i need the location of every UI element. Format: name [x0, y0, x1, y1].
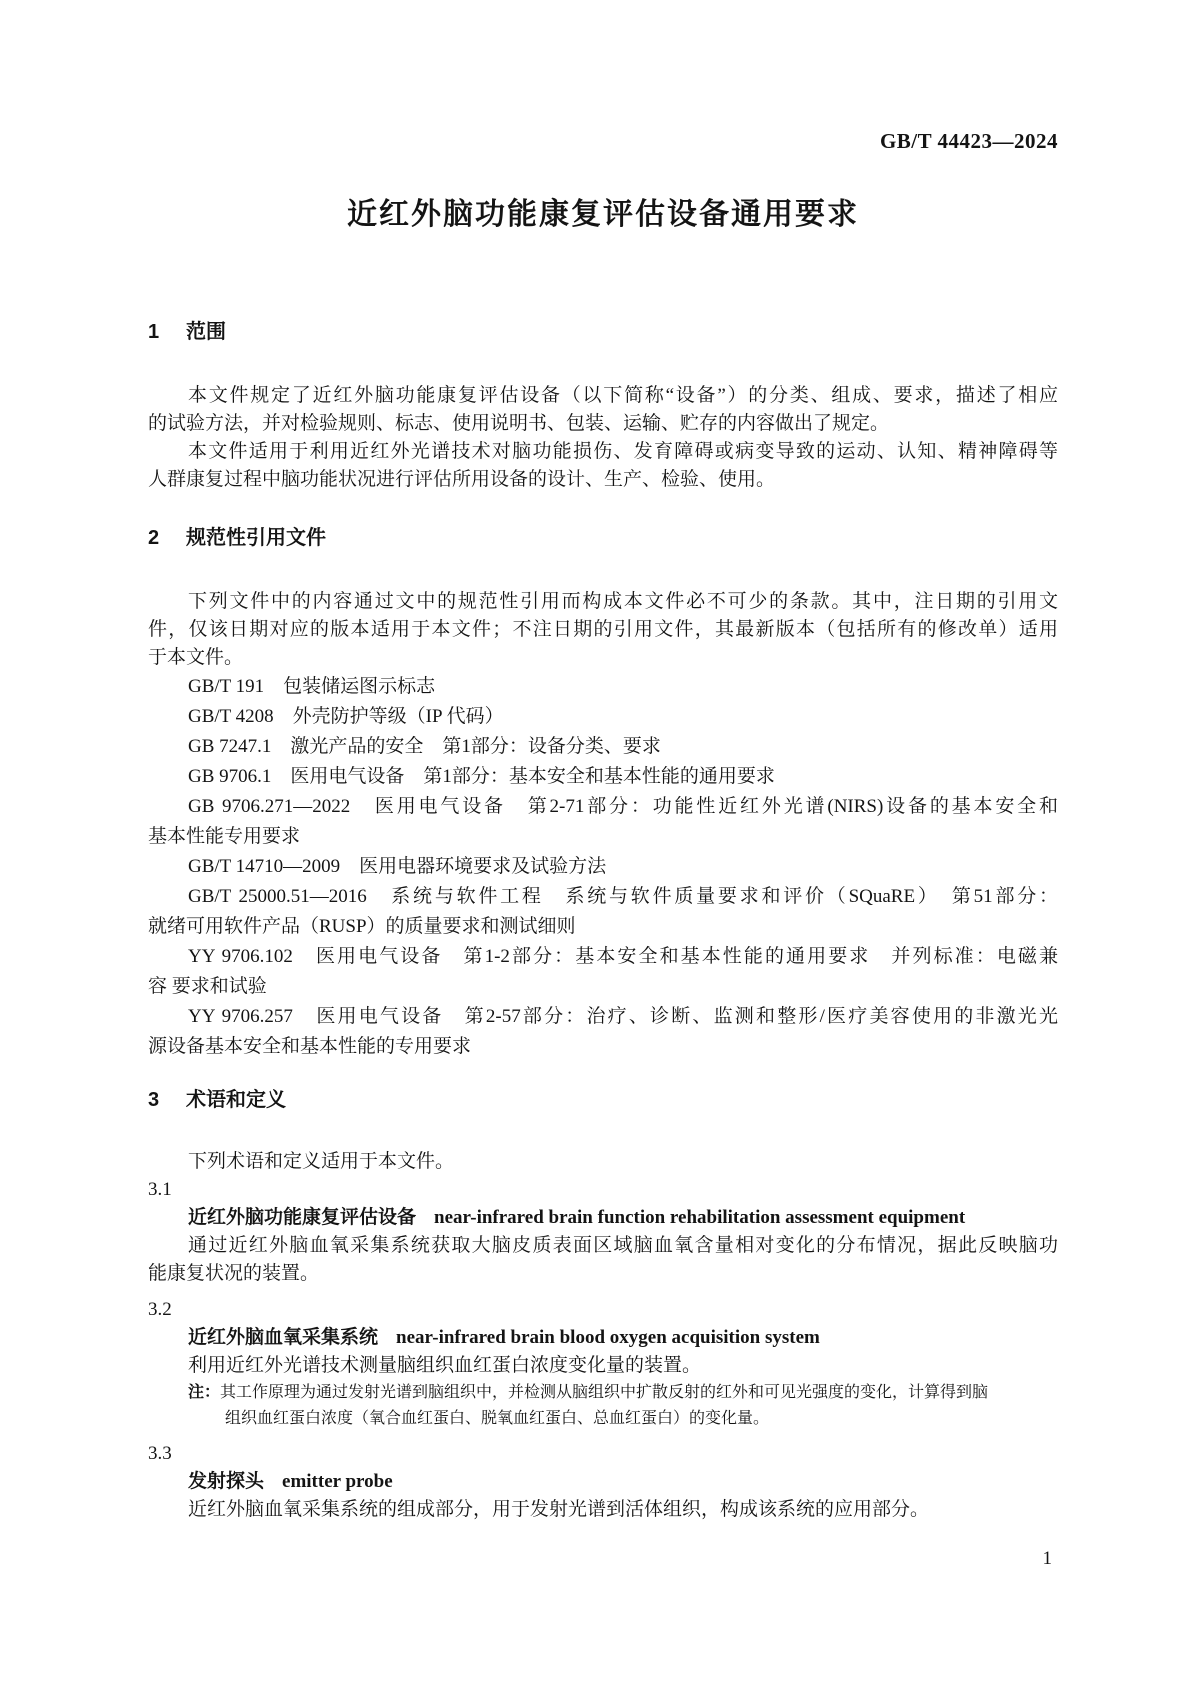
section-heading-scope: 1范围 — [148, 318, 1058, 346]
body-line: 于本文件。 — [148, 644, 1058, 672]
note-text: 其工作原理为通过发射光谱到脑组织中，并检测从脑组织中扩散反射的红外和可见光强度的… — [220, 1384, 988, 1401]
reference-line: 源设备基本安全和基本性能的专用要求 — [148, 1032, 1058, 1062]
section-heading-normative-references: 2规范性引用文件 — [148, 524, 1058, 552]
note-label: 注： — [188, 1384, 220, 1401]
reference-line: GB 9706.271—2022 医用电气设备 第2-71部分：功能性近红外光谱… — [148, 792, 1058, 822]
term-definition-line: 通过近红外脑血氧采集系统获取大脑皮质表面区域脑血氧含量相对变化的分布情况，据此反… — [148, 1232, 1058, 1260]
term-title: 近红外脑功能康复评估设备near-infrared brain function… — [148, 1204, 1058, 1232]
term-title-zh: 发射探头 — [188, 1471, 264, 1492]
document-title: 近红外脑功能康复评估设备通用要求 — [148, 192, 1058, 238]
reference-line: GB 7247.1 激光产品的安全 第1部分：设备分类、要求 — [148, 732, 1058, 762]
references-list: GB/T 191 包装储运图示标志 GB/T 4208 外壳防护等级（IP 代码… — [148, 672, 1058, 1062]
term-definition-line: 近红外脑血氧采集系统的组成部分，用于发射光谱到活体组织，构成该系统的应用部分。 — [148, 1496, 1058, 1524]
body-line: 本文件规定了近红外脑功能康复评估设备（以下简称“设备”）的分类、组成、要求，描述… — [148, 382, 1058, 410]
term-definition-line: 能康复状况的装置。 — [148, 1260, 1058, 1288]
term-definition-line: 利用近红外光谱技术测量脑组织血红蛋白浓度变化量的装置。 — [148, 1352, 1058, 1380]
heading-number: 2 — [148, 524, 186, 552]
term-number: 3.2 — [148, 1296, 1058, 1324]
page-number: 1 — [148, 1546, 1058, 1572]
body-line: 下列文件中的内容通过文中的规范性引用而构成本文件必不可少的条款。其中，注日期的引… — [148, 588, 1058, 616]
reference-line: YY 9706.102 医用电气设备 第1-2部分：基本安全和基本性能的通用要求… — [148, 942, 1058, 972]
doc-number: GB/T 44423—2024 — [148, 128, 1058, 154]
heading-text: 术语和定义 — [186, 1089, 286, 1111]
term-title-zh: 近红外脑功能康复评估设备 — [188, 1207, 416, 1228]
reference-line: GB/T 25000.51—2016 系统与软件工程 系统与软件质量要求和评价（… — [148, 882, 1058, 912]
reference-line: 就绪可用软件产品（RUSP）的质量要求和测试细则 — [148, 912, 1058, 942]
heading-text: 规范性引用文件 — [186, 527, 326, 549]
term-entry-3-1: 3.1 近红外脑功能康复评估设备near-infrared brain func… — [148, 1176, 1058, 1288]
term-entry-3-3: 3.3 发射探头emitter probe 近红外脑血氧采集系统的组成部分，用于… — [148, 1440, 1058, 1524]
heading-number: 3 — [148, 1086, 186, 1114]
body-line: 本文件适用于利用近红外光谱技术对脑功能损伤、发育障碍或病变导致的运动、认知、精神… — [148, 438, 1058, 466]
body-line: 的试验方法，并对检验规则、标志、使用说明书、包装、运输、贮存的内容做出了规定。 — [148, 410, 1058, 438]
term-title-en: near-infrared brain function rehabilitat… — [434, 1207, 965, 1228]
scope-paragraphs: 本文件规定了近红外脑功能康复评估设备（以下简称“设备”）的分类、组成、要求，描述… — [148, 382, 1058, 494]
term-title: 发射探头emitter probe — [148, 1468, 1058, 1496]
reference-line: 容 要求和试验 — [148, 972, 1058, 1002]
term-entry-3-2: 3.2 近红外脑血氧采集系统near-infrared brain blood … — [148, 1296, 1058, 1432]
term-number: 3.1 — [148, 1176, 1058, 1204]
body-line: 件，仅该日期对应的版本适用于本文件；不注日期的引用文件，其最新版本（包括所有的修… — [148, 616, 1058, 644]
document-page: GB/T 44423—2024 近红外脑功能康复评估设备通用要求 1范围 本文件… — [0, 0, 1191, 1684]
term-number: 3.3 — [148, 1440, 1058, 1468]
heading-number: 1 — [148, 318, 186, 346]
reference-line: GB 9706.1 医用电气设备 第1部分：基本安全和基本性能的通用要求 — [148, 762, 1058, 792]
section-heading-terms: 3术语和定义 — [148, 1086, 1058, 1114]
term-title-zh: 近红外脑血氧采集系统 — [188, 1327, 378, 1348]
terms-intro: 下列术语和定义适用于本文件。 — [148, 1148, 1058, 1176]
reference-line: YY 9706.257 医用电气设备 第2-57部分：治疗、诊断、监测和整形/医… — [148, 1002, 1058, 1032]
term-note: 注：其工作原理为通过发射光谱到脑组织中，并检测从脑组织中扩散反射的红外和可见光强… — [188, 1380, 1058, 1406]
reference-line: GB/T 4208 外壳防护等级（IP 代码） — [148, 702, 1058, 732]
term-title-en: near-infrared brain blood oxygen acquisi… — [396, 1327, 820, 1348]
reference-line: GB/T 14710—2009 医用电器环境要求及试验方法 — [148, 852, 1058, 882]
normative-references-intro: 下列文件中的内容通过文中的规范性引用而构成本文件必不可少的条款。其中，注日期的引… — [148, 588, 1058, 672]
reference-line: GB/T 191 包装储运图示标志 — [148, 672, 1058, 702]
body-line: 人群康复过程中脑功能状况进行评估所用设备的设计、生产、检验、使用。 — [148, 466, 1058, 494]
term-title: 近红外脑血氧采集系统near-infrared brain blood oxyg… — [148, 1324, 1058, 1352]
reference-line: 基本性能专用要求 — [148, 822, 1058, 852]
term-title-en: emitter probe — [282, 1471, 393, 1492]
note-text: 组织血红蛋白浓度（氧合血红蛋白、脱氧血红蛋白、总血红蛋白）的变化量。 — [225, 1406, 1058, 1432]
heading-text: 范围 — [186, 321, 226, 343]
